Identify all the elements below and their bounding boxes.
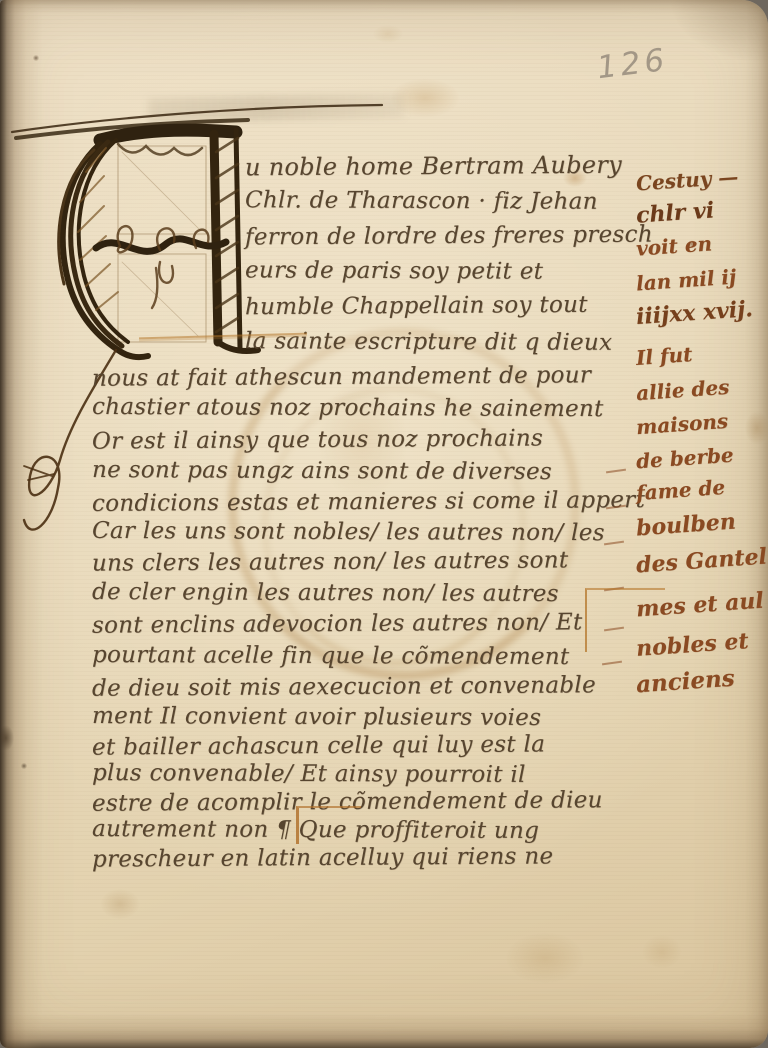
main-text-block: u noble home Bertram Aubery Chlr. de Tha…: [92, 0, 658, 1048]
manuscript-line: ne sont pas ungz ains sont de diverses: [92, 457, 552, 485]
manuscript-line: Car les uns sont nobles/ les autres non/…: [92, 518, 605, 546]
margin-notes-block: Cestuy — chlr vi voit en lan mil ij iiij…: [636, 0, 768, 1048]
manuscript-line: nous at fait athescun mandement de pour: [92, 362, 591, 391]
manuscript-line: plus convenable/ Et ainsy pourroit il: [92, 760, 526, 788]
margin-note-line: maisons: [635, 409, 729, 439]
manuscript-line: et bailler achascun celle qui luy est la: [92, 731, 545, 760]
margin-note-line: de berbe: [635, 443, 734, 474]
margin-note-line: anciens: [635, 665, 735, 699]
margin-note-line: voit en: [635, 231, 713, 260]
margin-note-line: chlr vi: [635, 197, 715, 228]
manuscript-line: Chlr. de Tharascon · fiz Jehan: [245, 187, 598, 215]
manuscript-line: ferron de lordre des freres presch: [245, 222, 653, 251]
manuscript-photo: 126 A: [0, 0, 768, 1048]
manuscript-line: sont enclins adevocion les autres non/ E…: [92, 609, 583, 638]
manuscript-line: humble Chappellain soy tout: [245, 292, 588, 320]
manuscript-line: u noble home Bertram Aubery: [245, 151, 622, 182]
manuscript-line: prescheur en latin acelluy qui riens ne: [92, 843, 554, 872]
rubric-bracket: [585, 588, 665, 652]
manuscript-line: pourtant acelle fin que le cõmendement: [92, 642, 570, 670]
margin-note-line: des Gantel: [635, 543, 767, 578]
margin-note-line: allie des: [635, 375, 730, 405]
margin-note-line: Cestuy —: [635, 164, 739, 195]
margin-note-line: Il fut: [635, 342, 693, 370]
manuscript-line: uns clers les autres non/ les autres son…: [92, 547, 569, 576]
manuscript-line: chastier atous noz prochains he sainemen…: [92, 394, 604, 422]
manuscript-line: de cler engin les autres non/ les autres: [92, 579, 559, 607]
manuscript-line: condicions estas et manieres si come il …: [92, 487, 645, 517]
manuscript-line: Or est il ainsy que tous noz prochains: [92, 425, 543, 454]
manuscript-line: ment Il convient avoir plusieurs voies: [92, 703, 541, 731]
rubric-paragraph-mark: [296, 806, 361, 844]
margin-note-line: fame de: [635, 475, 726, 505]
margin-note-line: boulben: [635, 509, 736, 542]
manuscript-line: de dieu soit mis aexecucion et convenabl…: [92, 672, 596, 702]
margin-note-line: iiijxx xvij.: [635, 296, 753, 330]
manuscript-line: eurs de paris soy petit et: [245, 257, 543, 284]
margin-note-line: lan mil ij: [635, 265, 737, 296]
